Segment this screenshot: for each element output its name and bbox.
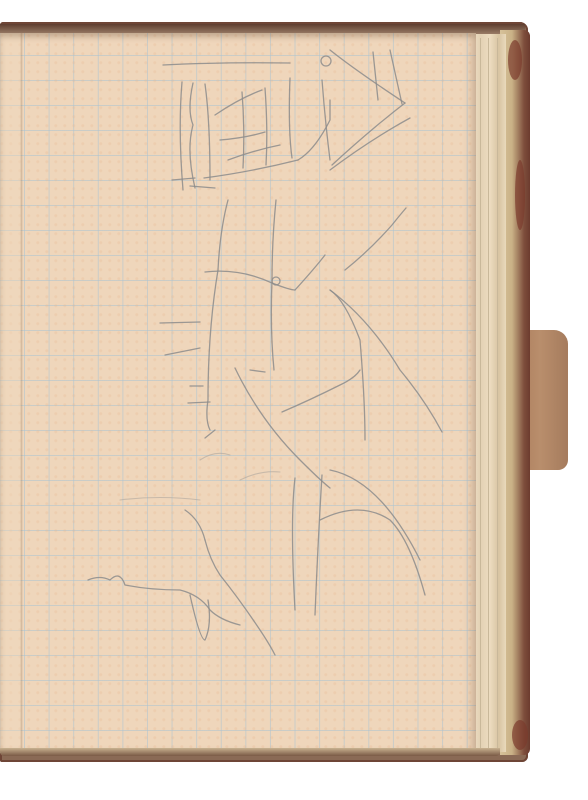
notebook-photo [0,0,588,800]
bird-strokes-drawing [235,208,442,615]
figure-outline-drawing [88,453,280,655]
house-drawing [163,50,410,190]
post-drawing [160,200,325,438]
pencil-sketch [0,0,588,800]
